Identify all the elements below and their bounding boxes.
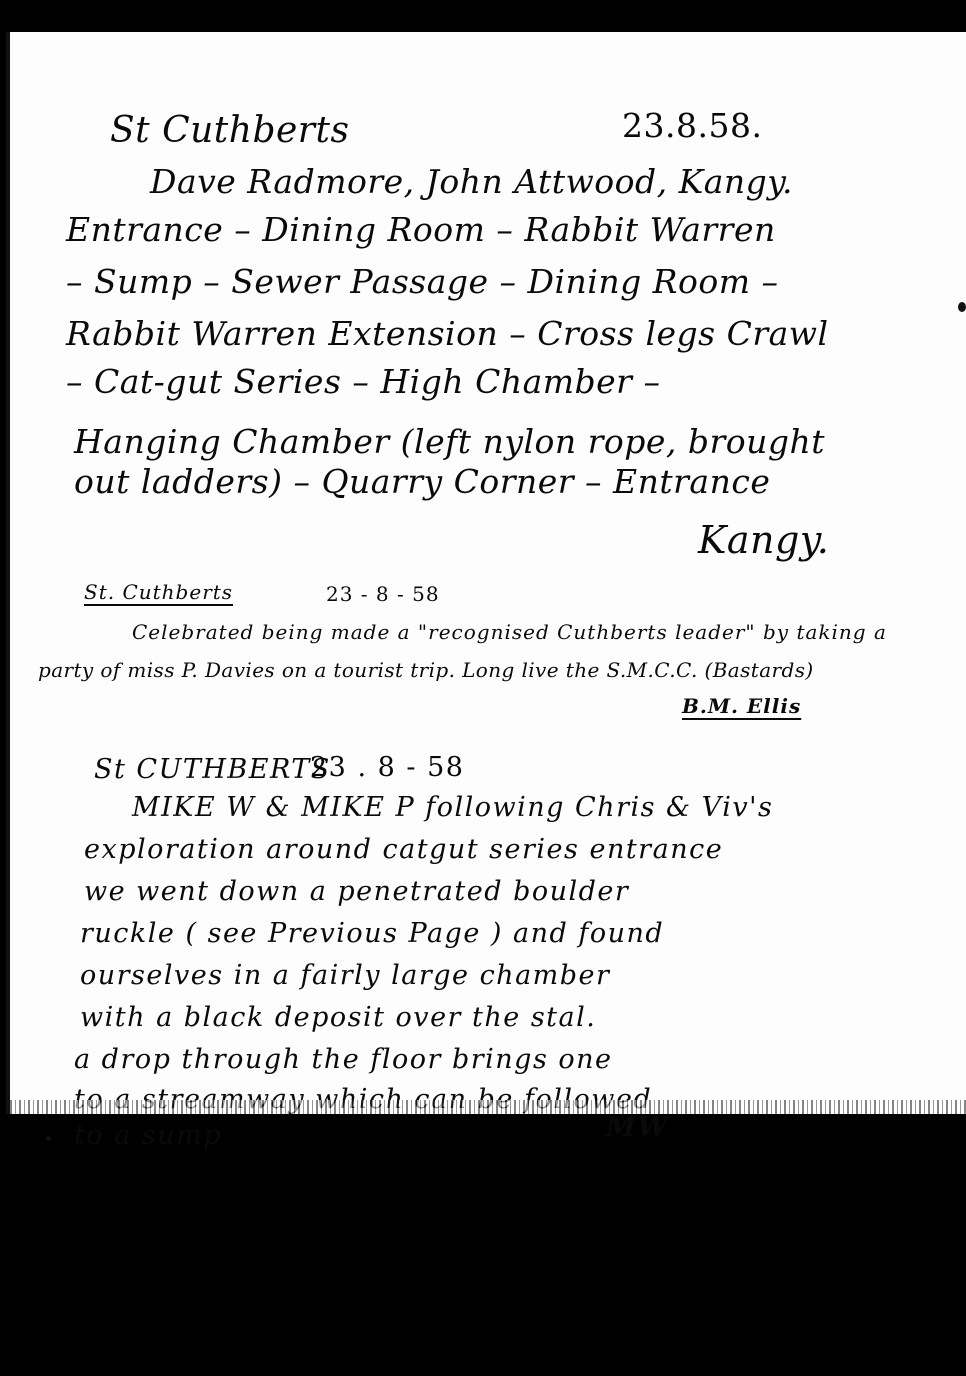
entry1-line: Dave Radmore, John Attwood, Kangy.	[150, 162, 793, 201]
scanned-log-page: St Cuthberts 23.8.58. Dave Radmore, John…	[6, 32, 966, 1114]
entry1-line: – Sump – Sewer Passage – Dining Room –	[66, 262, 779, 301]
entry2-date: 23 - 8 - 58	[326, 582, 440, 606]
entry3-title: St CUTHBERTS	[94, 754, 331, 785]
ink-dot	[46, 1136, 51, 1141]
entry3-line: to a sump	[74, 1120, 222, 1151]
entry1-line: out ladders) – Quarry Corner – Entrance	[74, 462, 770, 501]
entry3-line: with a black deposit over the stal.	[80, 1002, 596, 1033]
entry3-line: exploration around catgut series entranc…	[84, 834, 723, 865]
entry1-line: Entrance – Dining Room – Rabbit Warren	[66, 210, 776, 249]
entry1-signature: Kangy.	[698, 518, 829, 562]
entry3-signature: MW	[606, 1112, 669, 1143]
ink-blot	[958, 302, 966, 312]
entry3-line: ruckle ( see Previous Page ) and found	[80, 918, 664, 949]
entry1-line: – Cat-gut Series – High Chamber –	[66, 362, 660, 401]
entry1-title: St Cuthberts	[110, 110, 349, 151]
entry3-line: a drop through the floor brings one	[74, 1044, 613, 1075]
entry3-line: ourselves in a fairly large chamber	[80, 960, 610, 991]
entry2-signature: B.M. Ellis	[682, 694, 801, 718]
entry3-line: we went down a penetrated boulder	[84, 876, 629, 907]
entry1-line: Rabbit Warren Extension – Cross legs Cra…	[66, 314, 829, 353]
entry2-line: party of miss P. Davies on a tourist tri…	[38, 658, 814, 682]
entry3-line: to a streamway which can be followed	[74, 1084, 652, 1115]
entry3-date: 23 . 8 - 58	[310, 752, 464, 783]
entry2-title: St. Cuthberts	[84, 580, 233, 604]
entry3-line: MIKE W & MIKE P following Chris & Viv's	[132, 792, 773, 823]
entry1-line: Hanging Chamber (left nylon rope, brough…	[74, 422, 825, 461]
entry1-date: 23.8.58.	[622, 106, 762, 145]
entry2-line: Celebrated being made a "recognised Cuth…	[132, 620, 887, 644]
